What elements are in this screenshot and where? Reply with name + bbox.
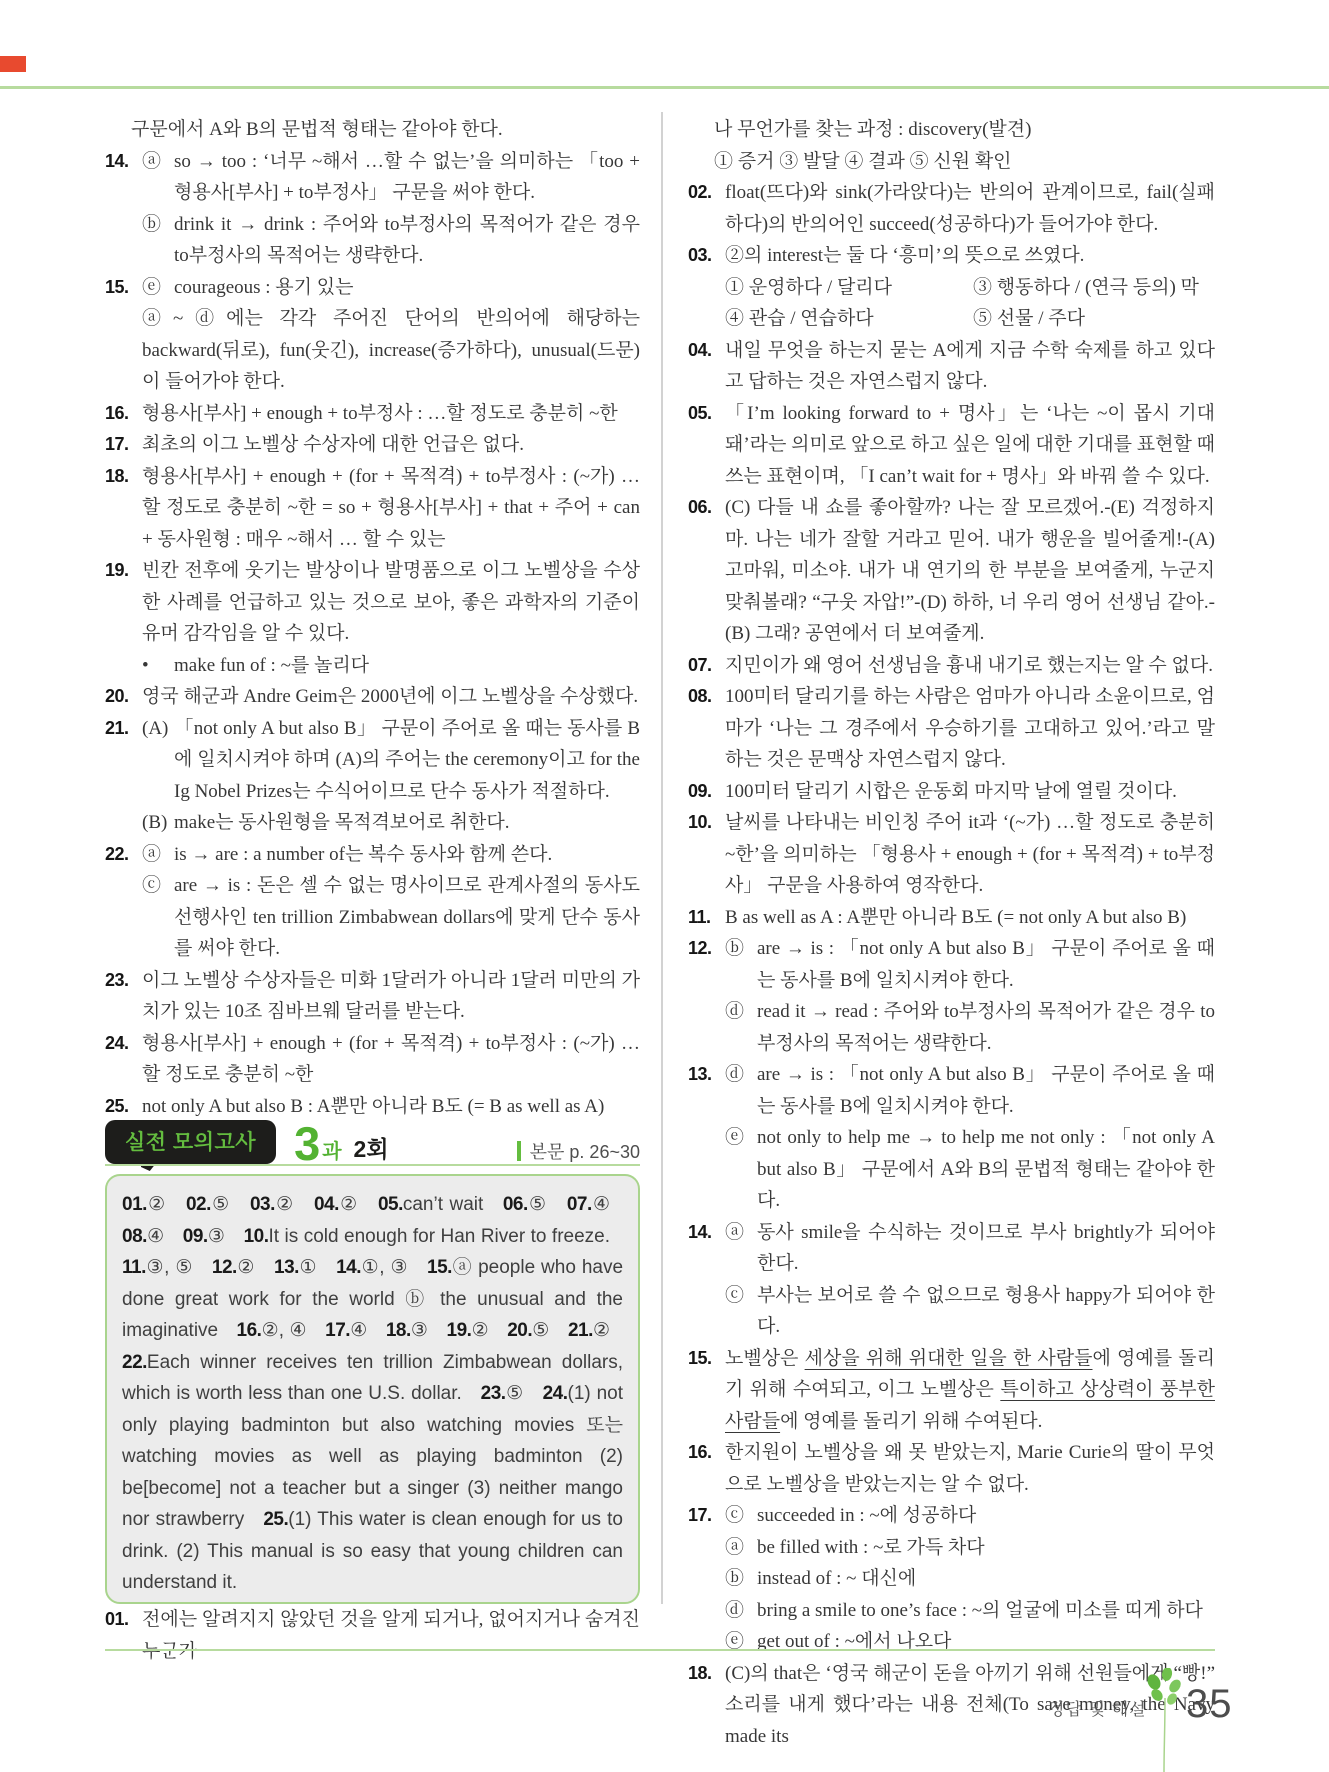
source-page-ref: 본문 p. 26~30: [517, 1138, 640, 1164]
item-text: ⓐis → are : a number of는 복수 동사와 함께 쓴다.: [142, 839, 640, 871]
footer-label: 정답 및 해설: [1048, 1695, 1147, 1720]
item-number: 16.: [105, 398, 129, 430]
answer-key-page: 구문에서 A와 B의 문법적 형태는 같아야 한다. 14.ⓐso → too …: [0, 0, 1329, 1772]
item-number: 13.: [688, 1059, 712, 1091]
answer-entry: 02.⑤: [186, 1194, 230, 1215]
text-segment: 노벨상은: [725, 1348, 805, 1369]
explanation-item: 09.100미터 달리기 시합은 운동회 마지막 날에 열릴 것이다.: [688, 776, 1215, 808]
explanation-item: 16.한지원이 노벨상을 왜 못 받았는지, Marie Curie의 딸이 무…: [688, 1437, 1215, 1500]
item-number: 08.: [688, 681, 712, 713]
section-header: 실전 모의고사 3 과 2회 본문 p. 26~30: [105, 1112, 640, 1164]
sub-answer-marker: ⓐ: [142, 146, 174, 178]
item-text: 전에는 알려지지 않았던 것을 알게 되거나, 없어지거나 숨겨진 누군가: [142, 1604, 640, 1667]
item-text: ⓐbe filled with : ~로 가득 차다: [725, 1532, 1215, 1564]
answer-number: 10.: [244, 1226, 269, 1247]
item-text: 「I’m looking forward to + 명사」는 ‘나는 ~이 몹시…: [725, 398, 1215, 493]
explanation-item: 12.ⓑare → is : 「not only A but also B」 구…: [688, 933, 1215, 1059]
sub-answer-marker: ⓐ: [725, 1217, 757, 1249]
item-number: 18.: [105, 461, 129, 493]
item-text: ⓒare → is : 돈은 셀 수 없는 명사이므로 관계사절의 동사도 선행…: [142, 870, 640, 965]
item-text: 100미터 달리기 시합은 운동회 마지막 날에 열릴 것이다.: [725, 776, 1215, 808]
item-number: 05.: [688, 398, 712, 430]
answer-number: 11.: [122, 1257, 146, 1278]
explanation-item: 04.내일 무엇을 하는지 묻는 A에게 지금 수학 숙제를 하고 있다고 답하…: [688, 335, 1215, 398]
item-number: 14.: [688, 1217, 712, 1249]
continuation-options: ① 증거 ③ 발달 ④ 결과 ⑤ 신원 확인: [688, 146, 1215, 178]
option: ① 운영하다 / 달리다: [725, 272, 973, 304]
explanation-item: 11.B as well as A : A뿐만 아니라 B도 (= not on…: [688, 902, 1215, 934]
answer-entry: 04.②: [314, 1194, 358, 1215]
answer-entry: 06.⑤: [503, 1194, 547, 1215]
answer-number: 16.: [237, 1320, 262, 1341]
option: ④ 관습 / 연습하다: [725, 303, 973, 335]
item-number: 16.: [688, 1437, 712, 1469]
item-text: ⓒ부사는 보어로 쓸 수 없으므로 형용사 happy가 되어야 한다.: [725, 1280, 1215, 1343]
answer-entry: 14.①, ③: [336, 1257, 408, 1278]
answer-entry: 07.④: [567, 1194, 610, 1215]
explanation-item: 05.「I’m looking forward to + 명사」는 ‘나는 ~이…: [688, 398, 1215, 493]
item-text: ⓔnot only to help me → to help me not on…: [725, 1122, 1215, 1217]
left-explanation-list: 14.ⓐso → too : ‘너무 ~해서 …할 수 없는’을 의미하는 「t…: [105, 146, 640, 1123]
explanation-item: 15.ⓔcourageous : 용기 있는ⓐ~ⓓ에는 각각 주어진 단어의 반…: [105, 272, 640, 398]
item-text: 내일 무엇을 하는지 묻는 A에게 지금 수학 숙제를 하고 있다고 답하는 것…: [725, 335, 1215, 398]
answer-entry: 10.It is cold enough for Han River to fr…: [244, 1226, 610, 1247]
explanation-item: 13.ⓓare → is : 「not only A but also B」 구…: [688, 1059, 1215, 1217]
answer-number: 12.: [212, 1257, 237, 1278]
answer-number: 01.: [122, 1194, 147, 1215]
option: ⑤ 선물 / 주다: [973, 303, 1215, 335]
sub-answer-marker: ⓒ: [725, 1280, 757, 1312]
item-text: (C) 다들 내 쇼를 좋아할까? 나는 잘 모르겠어.-(E) 걱정하지 마.…: [725, 492, 1215, 650]
sub-answer-marker: (B): [142, 807, 174, 839]
answer-entry: 20.⑤: [507, 1320, 549, 1341]
item-text: 날씨를 나타내는 비인칭 주어 it과 ‘(~가) …할 정도로 충분히 ~한’…: [725, 807, 1215, 902]
answer-number: 06.: [503, 1194, 528, 1215]
answer-entry: 13.①: [274, 1257, 317, 1278]
sub-answer-marker: ⓔ: [142, 272, 174, 304]
options-row: ④ 관습 / 연습하다⑤ 선물 / 주다: [725, 303, 1215, 335]
post-answer-item: 01. 전에는 알려지지 않았던 것을 알게 되거나, 없어지거나 숨겨진 누군…: [105, 1604, 640, 1667]
sub-answer-marker: ⓑ: [725, 933, 757, 965]
sub-answer-marker: ⓓ: [725, 996, 757, 1028]
print-registration-mark: [0, 56, 26, 72]
explanation-item: 14.ⓐso → too : ‘너무 ~해서 …할 수 없는’을 의미하는 「t…: [105, 146, 640, 272]
item-number: 07.: [688, 650, 712, 682]
section-header-rule: [105, 1164, 640, 1166]
item-text: ⓓbring a smile to one’s face : ~의 얼굴에 미소…: [725, 1595, 1215, 1627]
answer-entry: 05.can’t wait: [378, 1194, 483, 1215]
answer-entry: 17.④: [325, 1320, 367, 1341]
section-badge-label: 실전 모의고사: [125, 1131, 256, 1154]
item-number: 19.: [105, 555, 129, 587]
item-text: ②의 interest는 둘 다 ‘흥미’의 뜻으로 쓰였다.: [725, 240, 1215, 272]
answer-number: 14.: [336, 1257, 361, 1278]
item-text: 영국 해군과 Andre Geim은 2000년에 이그 노벨상을 수상했다.: [142, 681, 640, 713]
section-badge: 실전 모의고사: [105, 1120, 276, 1164]
sub-answer-marker: ⓓ: [725, 1059, 757, 1091]
answer-entry: 23.⑤: [481, 1383, 524, 1404]
sub-answer-marker: ⓓ: [725, 1595, 757, 1627]
answer-number: 13.: [274, 1257, 299, 1278]
item-number: 02.: [688, 177, 712, 209]
lesson-number: 3: [294, 1124, 320, 1164]
explanation-item: 03.②의 interest는 둘 다 ‘흥미’의 뜻으로 쓰였다.① 운영하다…: [688, 240, 1215, 335]
item-number: 10.: [688, 807, 712, 839]
item-number: 23.: [105, 965, 129, 997]
column-divider: [661, 112, 663, 1604]
answer-entry: 09.③: [183, 1226, 225, 1247]
explanation-item: 08.100미터 달리기를 하는 사람은 엄마가 아니라 소윤이므로, 엄마가 …: [688, 681, 1215, 776]
item-text: 한지원이 노벨상을 왜 못 받았는지, Marie Curie의 딸이 무엇으로…: [725, 1437, 1215, 1500]
sub-answer-marker: (A): [142, 713, 174, 745]
item-number: 17.: [105, 429, 129, 461]
explanation-item: 06.(C) 다들 내 쇼를 좋아할까? 나는 잘 모르겠어.-(E) 걱정하지…: [688, 492, 1215, 650]
item-number: 24.: [105, 1028, 129, 1060]
item-number: 21.: [105, 713, 129, 745]
page-number: 35: [1186, 1682, 1233, 1727]
item-text: ⓐ동사 smile을 수식하는 것이므로 부사 brightly가 되어야 한다…: [725, 1217, 1215, 1280]
item-number: 15.: [688, 1343, 712, 1375]
answer-number: 25.: [263, 1509, 288, 1530]
answer-number: 03.: [250, 1194, 275, 1215]
explanation-item: 21.(A)「not only A but also B」 구문이 주어로 올 …: [105, 713, 640, 839]
explanation-item: 10.날씨를 나타내는 비인칭 주어 it과 ‘(~가) …할 정도로 충분히 …: [688, 807, 1215, 902]
item-text: •make fun of : ~를 놀리다: [142, 650, 640, 682]
answer-number: 15.: [427, 1257, 452, 1278]
explanation-item: 18.형용사[부사] + enough + (for + 목적격) + to부정…: [105, 461, 640, 556]
sub-answer-marker: ⓐ: [725, 1532, 757, 1564]
footer-rule: [105, 1649, 1215, 1651]
item-text: ⓔcourageous : 용기 있는: [142, 272, 640, 304]
item-number: 06.: [688, 492, 712, 524]
explanation-item: 02.float(뜨다)와 sink(가라앉다)는 반의어 관계이므로, fai…: [688, 177, 1215, 240]
underlined-phrase: 세상을 위해 위대한 일을 한 사람들: [805, 1348, 1093, 1369]
ref-bar-icon: [517, 1141, 521, 1161]
answer-entry: 03.②: [250, 1194, 294, 1215]
explanation-item: 01. 전에는 알려지지 않았던 것을 알게 되거나, 없어지거나 숨겨진 누군…: [105, 1604, 640, 1667]
sub-answer-marker: ⓐ: [142, 839, 174, 871]
answer-number: 05.: [378, 1194, 403, 1215]
answer-entry: 01.②: [122, 1194, 166, 1215]
answer-number: 18.: [386, 1320, 411, 1341]
item-number: 17.: [688, 1500, 712, 1532]
answer-number: 02.: [186, 1194, 211, 1215]
explanation-item: 16.형용사[부사] + enough + to부정사 : …할 정도로 충분히…: [105, 398, 640, 430]
item-text: ⓒsucceeded in : ~에 성공하다: [725, 1500, 1215, 1532]
answer-entry: 21.②: [568, 1320, 610, 1341]
sub-answer-marker: •: [142, 650, 174, 682]
item-number: 04.: [688, 335, 712, 367]
item-text: ⓓare → is : 「not only A but also B」 구문이 …: [725, 1059, 1215, 1122]
answer-number: 17.: [325, 1320, 350, 1341]
item-text: ⓑdrink it → drink : 주어와 to부정사의 목적어가 같은 경…: [142, 209, 640, 272]
answer-entry: 24.(1) not only playing badminton but al…: [122, 1383, 623, 1530]
answer-box: 01.② 02.⑤ 03.② 04.② 05.can’t wait 06.⑤ 0…: [105, 1174, 640, 1604]
explanation-item: 24.형용사[부사] + enough + (for + 목적격) + to부정…: [105, 1028, 640, 1091]
explanation-item: 20.영국 해군과 Andre Geim은 2000년에 이그 노벨상을 수상했…: [105, 681, 640, 713]
answer-number: 19.: [447, 1320, 472, 1341]
explanation-item: 07.지민이가 왜 영어 선생님을 흉내 내기로 했는지는 알 수 없다.: [688, 650, 1215, 682]
explanation-item: 17.ⓒsucceeded in : ~에 성공하다ⓐbe filled wit…: [688, 1500, 1215, 1658]
right-column: 나 무언가를 찾는 과정 : discovery(발견) ① 증거 ③ 발달 ④…: [688, 114, 1215, 1752]
explanation-item: 14.ⓐ동사 smile을 수식하는 것이므로 부사 brightly가 되어야…: [688, 1217, 1215, 1343]
item-number: 11.: [688, 902, 711, 934]
answer-entry: 16.②, ④: [237, 1320, 307, 1341]
source-page-ref-text: 본문 p. 26~30: [530, 1138, 640, 1164]
item-number: 15.: [105, 272, 129, 304]
item-number: 01.: [105, 1604, 129, 1636]
explanation-item: 17.최초의 이그 노벨상 수상자에 대한 언급은 없다.: [105, 429, 640, 461]
answer-entry: 11.③, ⑤: [122, 1257, 193, 1278]
sub-answer-marker: ⓒ: [725, 1500, 757, 1532]
text-segment: 에 영예를 돌리기 위해 수여된다.: [780, 1411, 1042, 1432]
item-text: ⓑare → is : 「not only A but also B」 구문이 …: [725, 933, 1215, 996]
item-number: 12.: [688, 933, 712, 965]
answer-number: 24.: [543, 1383, 568, 1404]
item-text: float(뜨다)와 sink(가라앉다)는 반의어 관계이므로, fail(실…: [725, 177, 1215, 240]
item-text: (B)make는 동사원형을 목적격보어로 취한다.: [142, 807, 640, 839]
option: ③ 행동하다 / (연극 등의) 막: [973, 272, 1215, 304]
answer-entry: 19.②: [447, 1320, 489, 1341]
item-text: ⓐ~ⓓ에는 각각 주어진 단어의 반의어에 해당하는 backward(뒤로),…: [142, 303, 640, 398]
item-text: 노벨상은 세상을 위해 위대한 일을 한 사람들에 영예를 돌리기 위해 수여되…: [725, 1343, 1215, 1438]
item-text: ⓐso → too : ‘너무 ~해서 …할 수 없는’을 의미하는 「too …: [142, 146, 640, 209]
sub-answer-marker: ⓑ: [142, 209, 174, 241]
top-rule: [0, 86, 1329, 89]
answer-number: 20.: [507, 1320, 532, 1341]
leaf-sprig-icon: [1143, 1668, 1185, 1772]
item-text: ⓔget out of : ~에서 나오다: [725, 1626, 1215, 1658]
item-number: 03.: [688, 240, 712, 272]
answer-number: 22.: [122, 1352, 147, 1373]
item-text: 형용사[부사] + enough + (for + 목적격) + to부정사 :…: [142, 461, 640, 556]
explanation-item: 22.ⓐis → are : a number of는 복수 동사와 함께 쓴다…: [105, 839, 640, 965]
item-text: 형용사[부사] + enough + (for + 목적격) + to부정사 :…: [142, 1028, 640, 1091]
answer-number: 21.: [568, 1320, 593, 1341]
answer-entry: 08.④: [122, 1226, 164, 1247]
item-number: 09.: [688, 776, 712, 808]
right-explanation-list: 02.float(뜨다)와 sink(가라앉다)는 반의어 관계이므로, fai…: [688, 177, 1215, 1752]
item-text: 형용사[부사] + enough + to부정사 : …할 정도로 충분히 ~한: [142, 398, 640, 430]
item-text: B as well as A : A뿐만 아니라 B도 (= not only …: [725, 902, 1215, 934]
answer-entry: 12.②: [212, 1257, 255, 1278]
answer-number: 04.: [314, 1194, 339, 1215]
answer-number: 07.: [567, 1194, 592, 1215]
answer-number: 08.: [122, 1226, 147, 1247]
answer-entry: 18.③: [386, 1320, 428, 1341]
sub-answer-marker: ⓒ: [142, 870, 174, 902]
item-number: 20.: [105, 681, 129, 713]
sub-answer-marker: ⓔ: [725, 1122, 757, 1154]
item-text: 100미터 달리기를 하는 사람은 엄마가 아니라 소윤이므로, 엄마가 ‘나는…: [725, 681, 1215, 776]
item-number: 14.: [105, 146, 129, 178]
item-text: 최초의 이그 노벨상 수상자에 대한 언급은 없다.: [142, 429, 640, 461]
continuation-text: 나 무언가를 찾는 과정 : discovery(발견): [688, 114, 1215, 146]
lesson-suffix: 과: [322, 1135, 341, 1164]
round-label: 2회: [354, 1131, 389, 1164]
item-text: 지민이가 왜 영어 선생님을 흉내 내기로 했는지는 알 수 없다.: [725, 650, 1215, 682]
item-text: ⓓread it → read : 주어와 to부정사의 목적어가 같은 경우 …: [725, 996, 1215, 1059]
item-text: (A)「not only A but also B」 구문이 주어로 올 때는 …: [142, 713, 640, 808]
item-text: 빈칸 전후에 웃기는 발상이나 발명품으로 이그 노벨상을 수상한 사례를 언급…: [142, 555, 640, 650]
sub-answer-marker: ⓑ: [725, 1563, 757, 1595]
left-column: 구문에서 A와 B의 문법적 형태는 같아야 한다. 14.ⓐso → too …: [105, 114, 640, 1122]
answer-number: 09.: [183, 1226, 208, 1247]
explanation-item: 23.이그 노벨상 수상자들은 미화 1달러가 아니라 1달러 미만의 가치가 …: [105, 965, 640, 1028]
answer-number: 23.: [481, 1383, 506, 1404]
item-number: 18.: [688, 1658, 712, 1690]
explanation-item: 19.빈칸 전후에 웃기는 발상이나 발명품으로 이그 노벨상을 수상한 사례를…: [105, 555, 640, 681]
options-row: ① 운영하다 / 달리다③ 행동하다 / (연극 등의) 막: [725, 272, 1215, 304]
explanation-item: 15.노벨상은 세상을 위해 위대한 일을 한 사람들에 영예를 돌리기 위해 …: [688, 1343, 1215, 1438]
sub-answer-marker: ⓔ: [725, 1626, 757, 1658]
item-text: ⓑinstead of : ~ 대신에: [725, 1563, 1215, 1595]
item-text: 이그 노벨상 수상자들은 미화 1달러가 아니라 1달러 미만의 가치가 있는 …: [142, 965, 640, 1028]
continuation-text: 구문에서 A와 B의 문법적 형태는 같아야 한다.: [105, 114, 640, 146]
item-number: 22.: [105, 839, 129, 871]
